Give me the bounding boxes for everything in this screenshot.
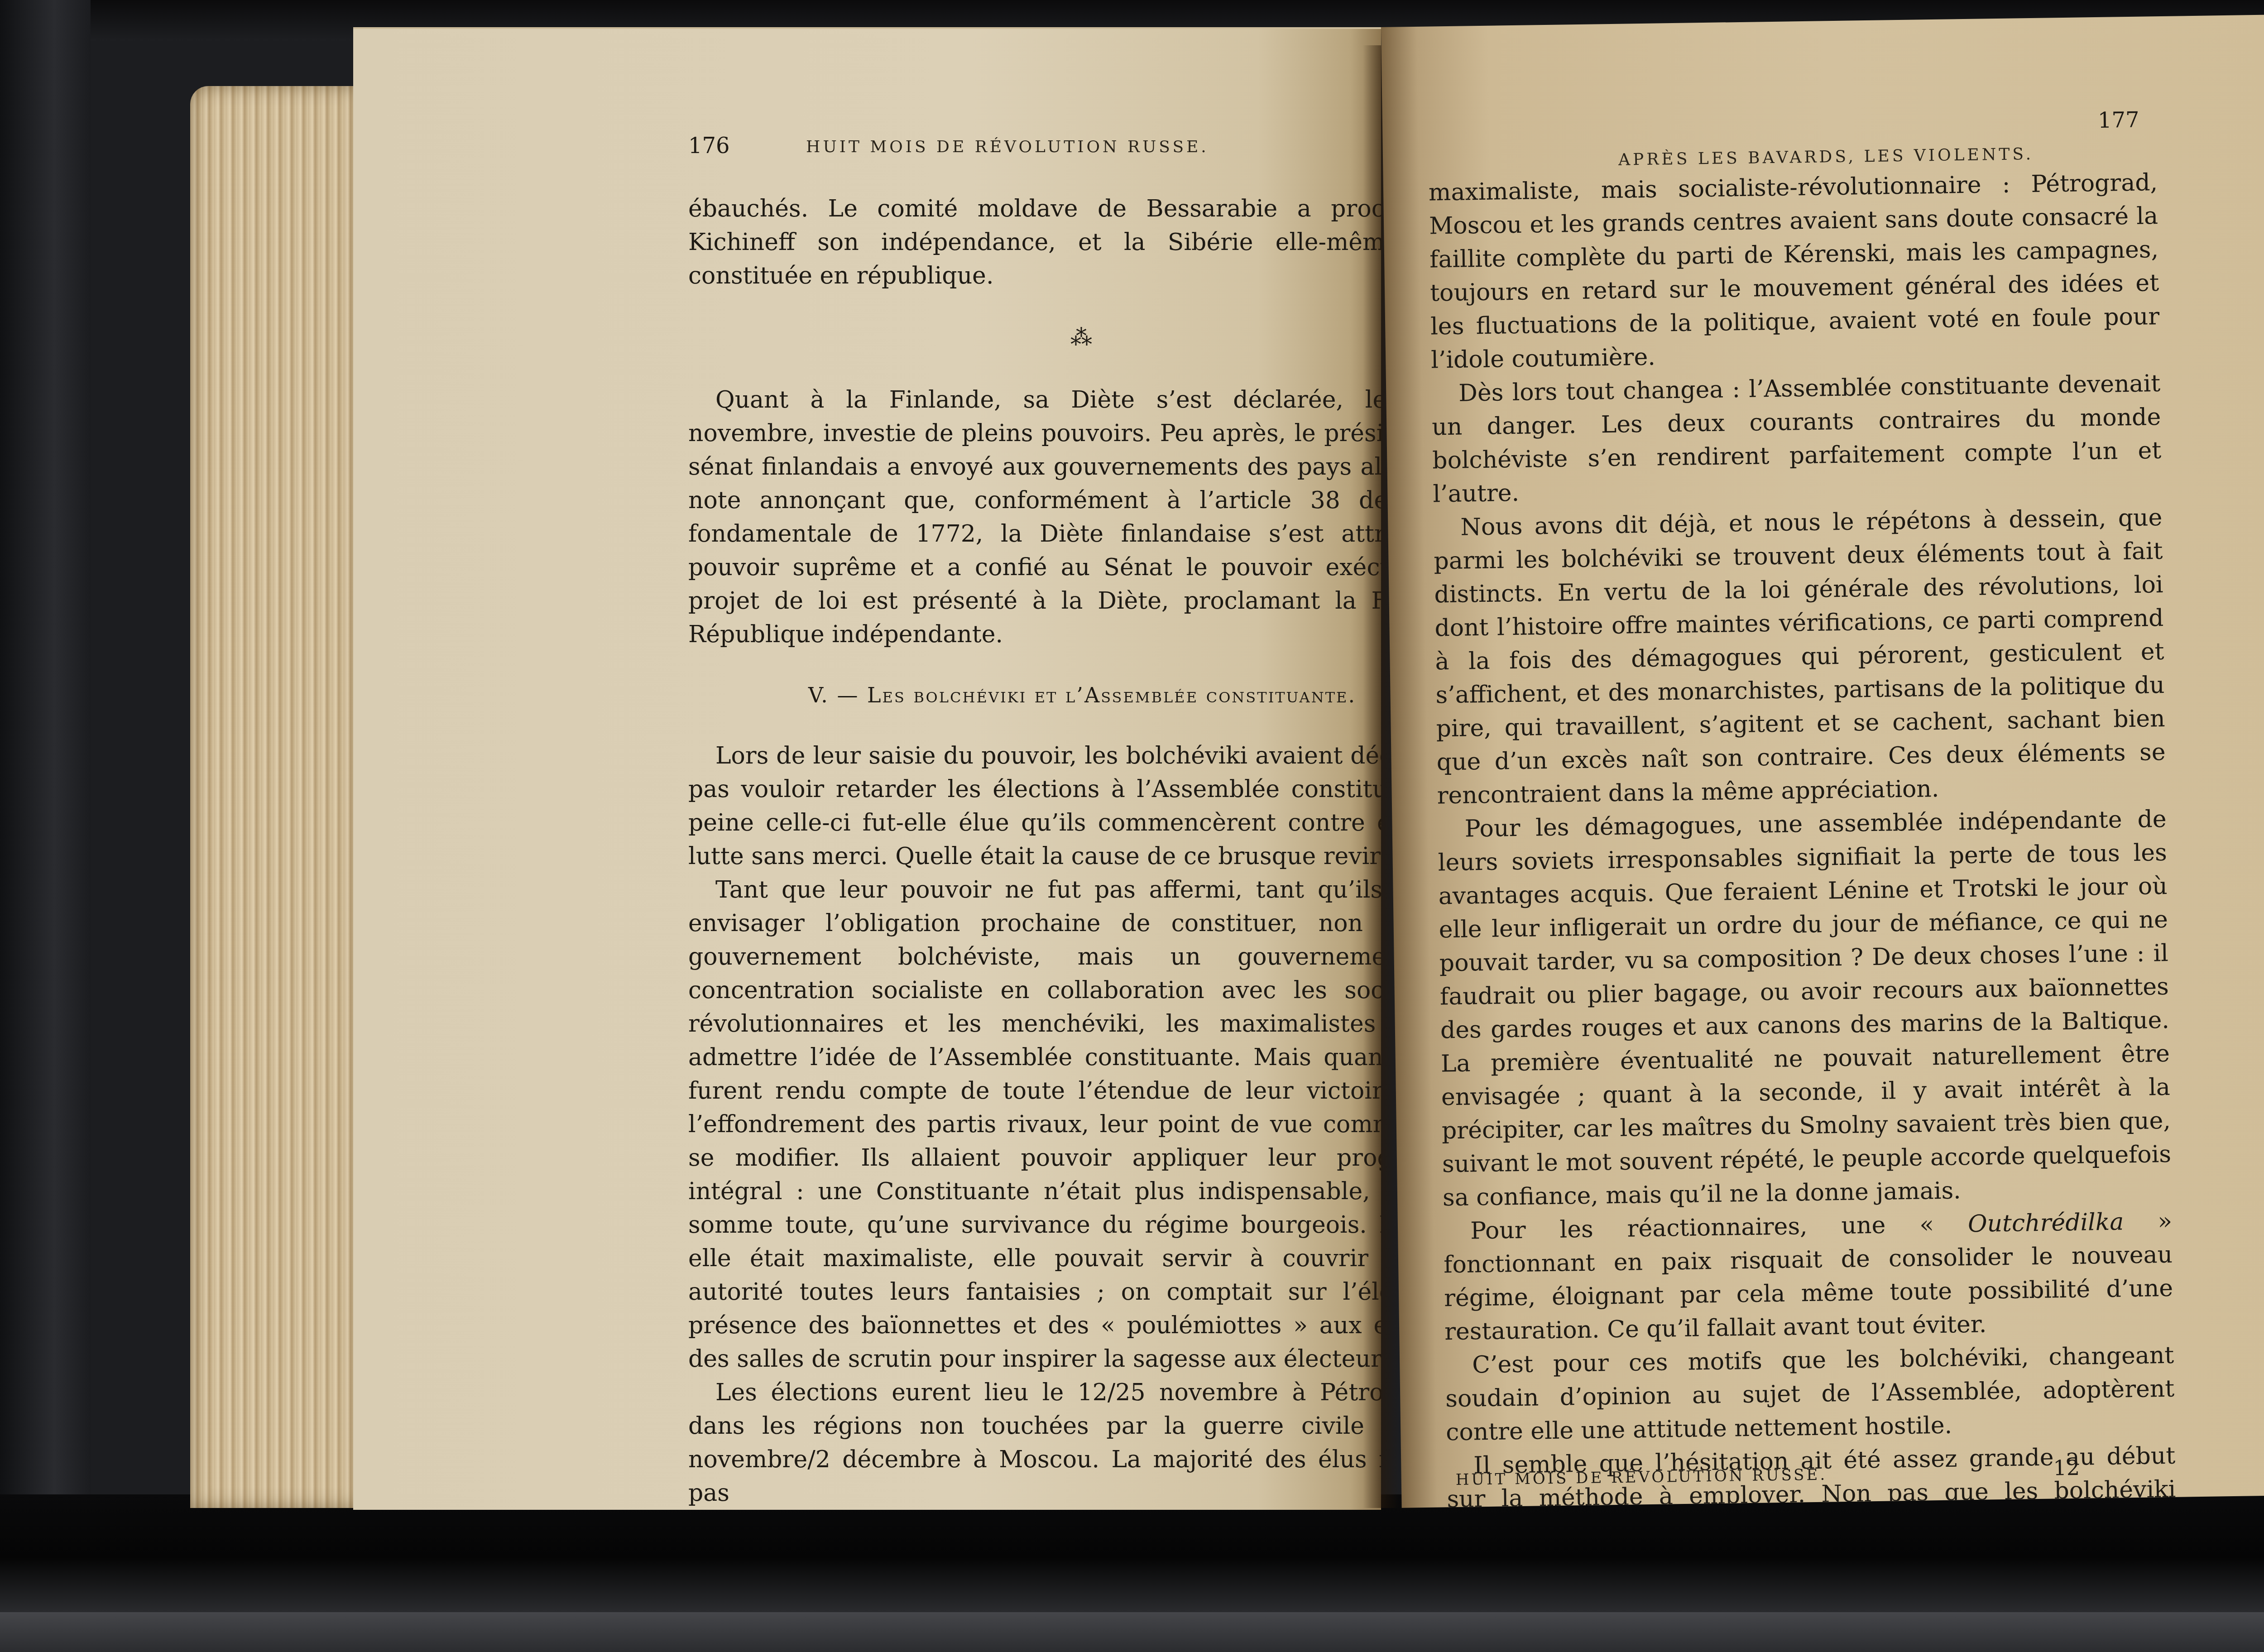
paragraph: ébauchés. Le comité moldave de Bessarabi… xyxy=(688,192,1381,293)
paragraph: Nous avons dit déjà, et nous le répétons… xyxy=(1433,501,2166,812)
right-page-body: maximaliste, mais socialiste-révolutionn… xyxy=(1429,166,2178,1508)
paragraph: Quant à la Finlande, sa Diète s’est décl… xyxy=(688,383,1381,651)
paragraph: C’est pour ces motifs que les bolchéviki… xyxy=(1445,1339,2175,1449)
left-page-body: ébauchés. Le comité moldave de Bessarabi… xyxy=(688,192,1381,1510)
page-number-right: 177 xyxy=(2098,107,2139,133)
display-case-left xyxy=(0,0,91,1652)
paragraph: Lors de leur saisie du pouvoir, les bolc… xyxy=(688,739,1381,873)
section-heading: V. — Les bolchéviki et l’Assemblée const… xyxy=(688,678,1381,712)
running-head-left: Huit mois de révolution russe. xyxy=(806,138,1209,156)
open-book: 176 Huit mois de révolution russe. ébauc… xyxy=(190,18,2264,1508)
paragraph: Les élections eurent lieu le 12/25 novem… xyxy=(688,1376,1381,1510)
sheet-number: 12 xyxy=(2053,1455,2080,1480)
paragraph-text: Pour les réactionnaires, une « xyxy=(1470,1210,1968,1244)
page-number-left: 176 xyxy=(688,133,730,158)
display-case-rail xyxy=(0,1612,2264,1652)
italic-term: Outchrédilka xyxy=(1968,1208,2124,1238)
paragraph: Tant que leur pouvoir ne fut pas affermi… xyxy=(688,873,1381,1376)
paragraph: Pour les démagogues, une assemblée indép… xyxy=(1437,802,2172,1215)
paragraph: Dès lors tout changea : l’Assemblée cons… xyxy=(1431,367,2162,511)
running-head-right: Après les bavards, les violents. xyxy=(1618,145,2034,169)
left-page: 176 Huit mois de révolution russe. ébauc… xyxy=(353,27,1381,1510)
paragraph: maximaliste, mais socialiste-révolutionn… xyxy=(1429,166,2160,377)
asterism-divider: ⁂ xyxy=(688,324,1381,351)
right-page: Après les bavards, les violents. 177 max… xyxy=(1381,14,2264,1508)
left-page-edges xyxy=(190,86,362,1508)
paragraph: Pour les réactionnaires, une « Outchrédi… xyxy=(1443,1205,2174,1349)
